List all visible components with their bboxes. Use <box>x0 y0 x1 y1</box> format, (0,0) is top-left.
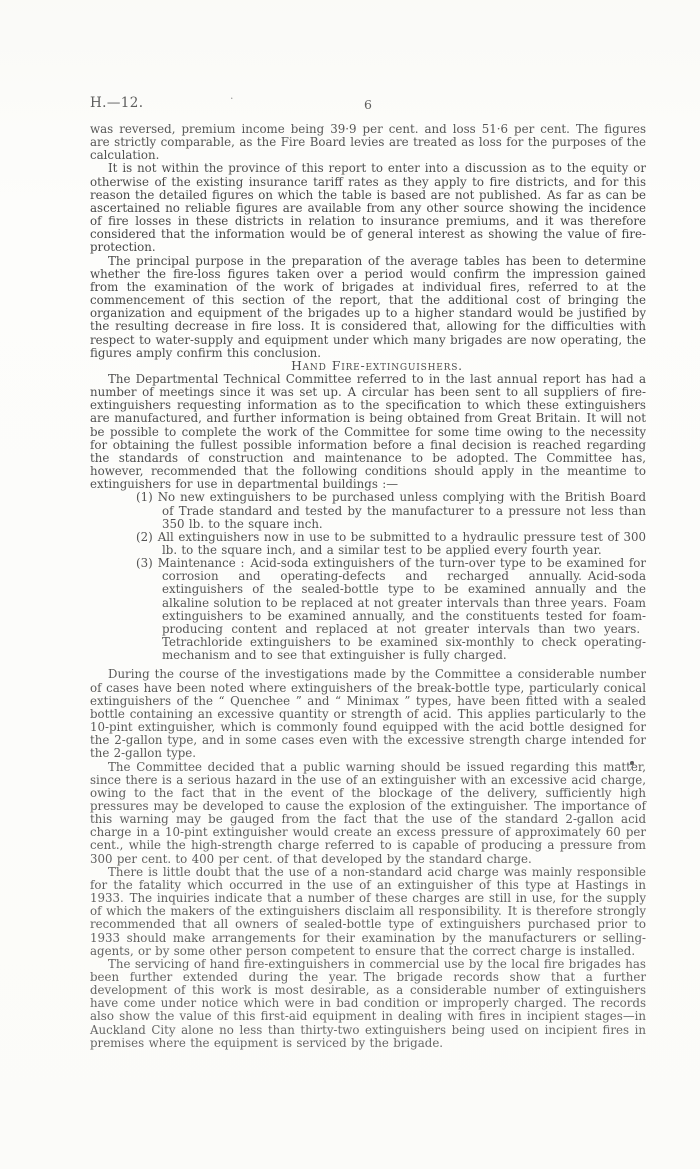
paragraph: The Committee decided that a public warn… <box>90 761 646 866</box>
paragraph: The Departmental Technical Committee ref… <box>90 373 646 491</box>
section-heading: Hand Fire-extinguishers. <box>90 360 646 373</box>
list-item: (2)All extinguishers now in use to be su… <box>90 531 646 557</box>
list-item-marker: (1) <box>136 490 153 504</box>
document-page: H.—12. · 6 was reversed, premium income … <box>0 0 700 1169</box>
paragraph: The principal purpose in the preparation… <box>90 255 646 360</box>
paragraph: During the course of the investigations … <box>90 668 646 760</box>
list-item-text: All extinguishers now in use to be submi… <box>158 530 646 557</box>
list-item-text: No new extinguishers to be purchased unl… <box>158 490 646 530</box>
list-item-marker: (3) <box>136 556 153 570</box>
list-item: (1)No new extinguishers to be purchased … <box>90 491 646 530</box>
scan-speck <box>630 761 634 765</box>
paragraph-continuation: was reversed, premium income being 39·9 … <box>90 123 646 162</box>
list-item-text: Maintenance : Acid-soda extinguishers of… <box>158 556 646 662</box>
paragraph: The servicing of hand fire-extinguishers… <box>90 958 646 1050</box>
paragraph: There is little doubt that the use of a … <box>90 866 646 958</box>
conditions-list: (1)No new extinguishers to be purchased … <box>90 491 646 662</box>
list-item: (3)Maintenance : Acid-soda extinguishers… <box>90 557 646 662</box>
list-item-marker: (2) <box>136 530 153 544</box>
text-column: was reversed, premium income being 39·9 … <box>90 123 646 1050</box>
page-number: 6 <box>90 97 646 112</box>
scan-speck <box>631 404 634 407</box>
paragraph: It is not within the province of this re… <box>90 162 646 254</box>
